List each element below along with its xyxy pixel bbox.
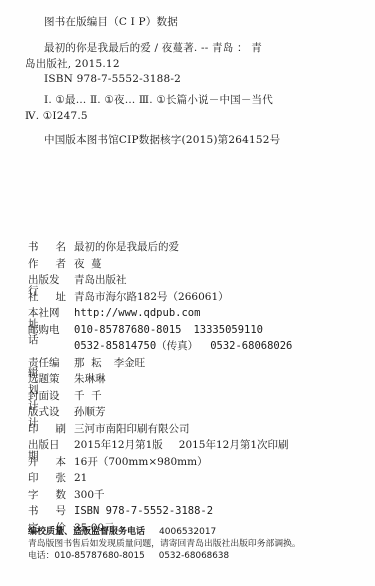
layout-design-value: 孙顺芳	[74, 407, 106, 418]
hotline-number: 4006532017	[159, 527, 216, 537]
imprint-label: 开本	[28, 457, 66, 468]
imprint-label: 书名	[28, 242, 66, 253]
imprint-row-website: 本社网址 http://www.qdpub.com	[28, 308, 292, 325]
imprint-row-format: 开本 16开（700mm×980mm）	[28, 457, 292, 474]
imprint-row-editor: 责任编辑 那 耘李金旺	[28, 358, 292, 375]
imprint-row-mail-order-phone: 邮购电话 010-85787680-801513335059110	[28, 325, 292, 342]
website-link[interactable]: http://www.qdpub.com	[74, 308, 200, 319]
imprint-row-isbn: 书号 ISBN 978-7-5552-3188-2	[28, 506, 292, 523]
phone-2: 0532-68068638	[159, 551, 229, 561]
imprint-row-cover-design: 封面设计 千 千	[28, 391, 292, 408]
editor-value: 那 耘李金旺	[74, 358, 145, 369]
imprint-row-address: 社址 青岛市海尔路182号（266061）	[28, 292, 292, 309]
cip-heading: 图书在版编目（C I P）数据	[44, 17, 178, 28]
isbn-value: ISBN 978-7-5552-3188-2	[74, 506, 213, 517]
cip-classification: Ⅰ. ①最… Ⅱ. ①夜… Ⅲ. ①长篇小说－中国－当代	[44, 95, 273, 106]
hotline-label: 编校质量、盗版监督服务电话	[28, 527, 145, 537]
phone-label: 电话：	[28, 551, 54, 561]
planner-value: 朱琳琳	[74, 374, 106, 385]
imprint-row-author: 作者 夜 蔓	[28, 259, 292, 276]
imprint-row-publisher: 出版发行 青岛出版社	[28, 275, 292, 292]
imprint-row-pub-date: 出版日期 2015年12月第1版2015年12月第1次印刷	[28, 440, 292, 457]
format-value: 16开（700mm×980mm）	[74, 457, 208, 468]
address-value: 青岛市海尔路182号（266061）	[74, 292, 229, 303]
imprint-label: 印张	[28, 473, 66, 484]
cip-main-entry: 最初的你是我最后的爱 / 夜蔓著. -- 青岛 ： 青	[44, 43, 262, 54]
printer-value: 三河市南阳印刷有限公司	[74, 424, 190, 435]
cip-classification-number: Ⅳ. ①I247.5	[25, 111, 88, 122]
footer-phone-line: 电话：010-85787680-80150532-68068638	[28, 552, 301, 564]
cip-main-entry-continued: 岛出版社, 2015.12	[25, 59, 120, 70]
word-count-value: 300千	[74, 490, 105, 501]
pub-date-value: 2015年12月第1版2015年12月第1次印刷	[74, 440, 289, 451]
imprint-label: 印刷	[28, 424, 66, 435]
imprint-row-layout-design: 版式设计 孙顺芳	[28, 407, 292, 424]
imprint-row-fax: 0532-85814750（传真）0532-68068026	[28, 341, 292, 358]
fax-phone-value: 0532-85814750（传真）0532-68068026	[74, 341, 292, 352]
author-value: 夜 蔓	[74, 259, 102, 270]
mail-order-phone-value: 010-85787680-801513335059110	[74, 325, 263, 336]
imprint-row-title: 书名 最初的你是我最后的爱	[28, 242, 292, 259]
imprint-label: 邮购电话	[28, 325, 66, 346]
cover-design-value: 千 千	[74, 391, 102, 402]
sheets-value: 21	[74, 473, 87, 484]
imprint-row-planner: 选题策划 朱琳琳	[28, 374, 292, 391]
imprint-row-printer: 印刷 三河市南阳印刷有限公司	[28, 424, 292, 441]
phone-1: 010-85787680-8015	[54, 551, 144, 561]
imprint-row-sheets: 印张 21	[28, 473, 292, 490]
imprint-label: 作者	[28, 259, 66, 270]
imprint-label: 书号	[28, 506, 66, 517]
quality-notice: 编校质量、盗版监督服务电话4006532017 青岛版图书售后如发现质量问题，请…	[28, 528, 301, 564]
book-title-value: 最初的你是我最后的爱	[74, 242, 179, 253]
cip-isbn: ISBN 978-7-5552-3188-2	[44, 74, 181, 85]
imprint-table: 书名 最初的你是我最后的爱 作者 夜 蔓 出版发行 青岛出版社 社址 青岛市海尔…	[28, 242, 292, 539]
imprint-row-word-count: 字数 300千	[28, 490, 292, 507]
imprint-label: 社址	[28, 292, 66, 303]
copyright-page: 图书在版编目（C I P）数据 最初的你是我最后的爱 / 夜蔓著. -- 青岛 …	[0, 0, 375, 586]
publisher-value: 青岛出版社	[74, 275, 127, 286]
cip-record-number: 中国版本图书馆CIP数据核字(2015)第264152号	[44, 135, 280, 146]
imprint-label: 字数	[28, 490, 66, 501]
